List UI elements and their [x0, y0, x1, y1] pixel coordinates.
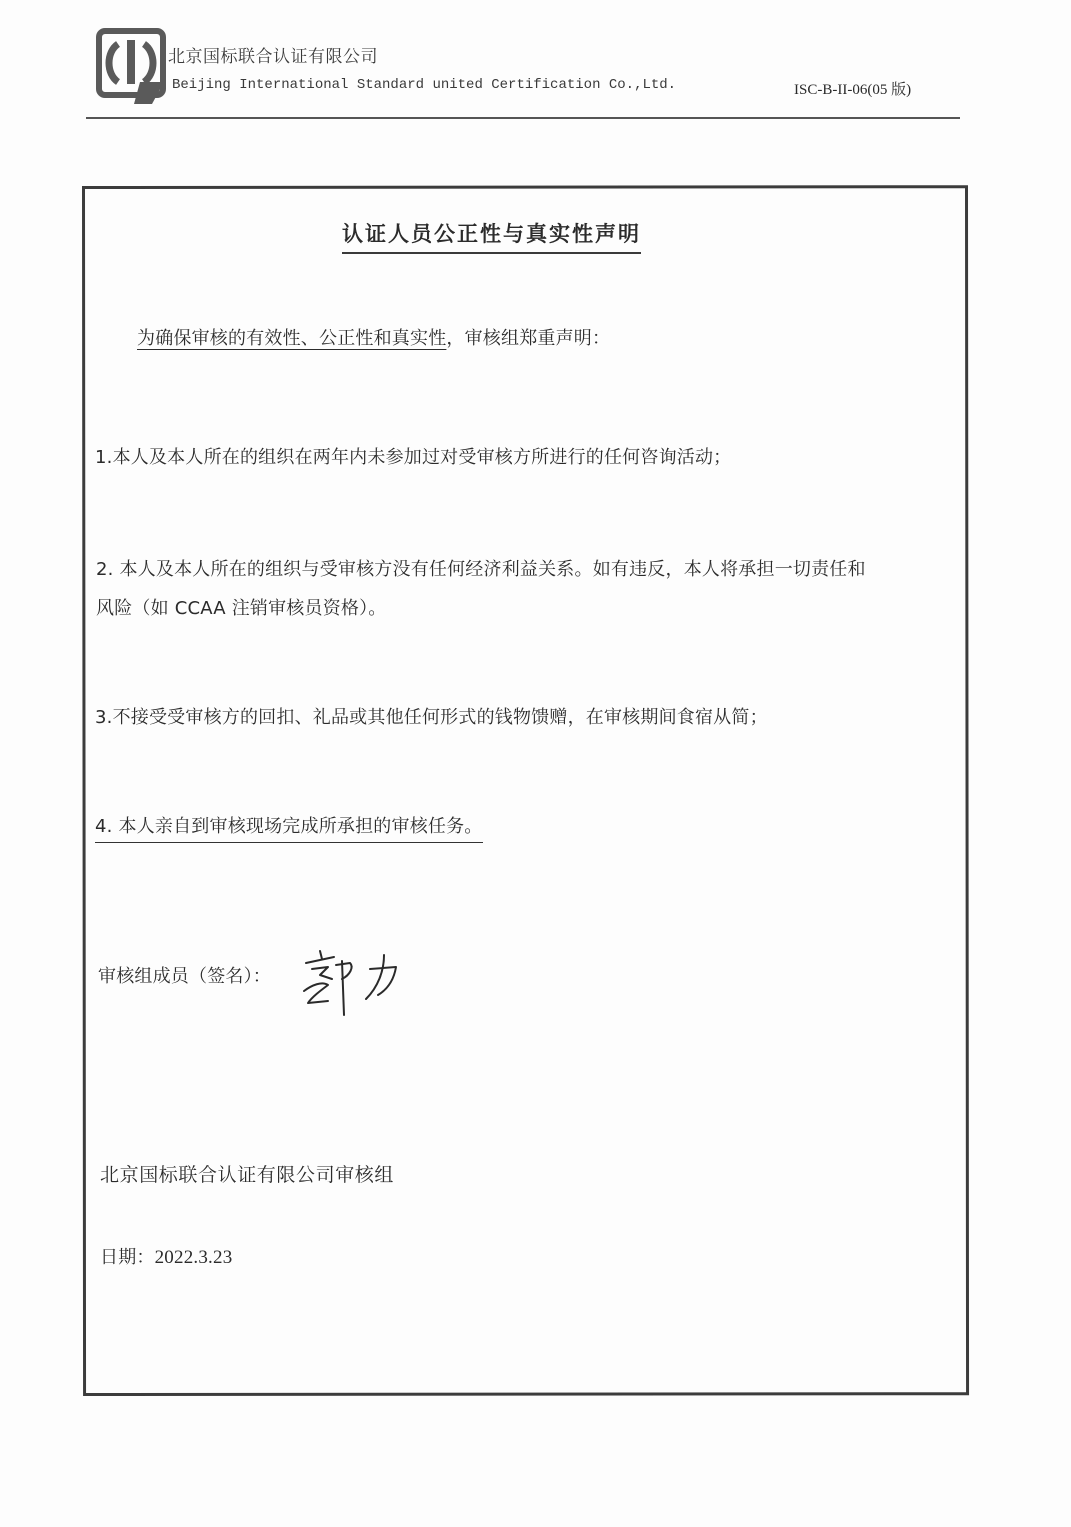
declaration-frame	[82, 185, 969, 1396]
intro-statement: 为确保审核的有效性、公正性和真实性，审核组郑重声明：	[137, 324, 610, 350]
declaration-item-1: 1.本人及本人所在的组织在两年内未参加过对受审核方所进行的任何咨询活动；	[95, 443, 731, 469]
declaration-item-2-line-1: 2. 本人及本人所在的组织与受审核方没有任何经济利益关系。如有违反，本人将承担一…	[96, 555, 866, 581]
document-title: 认证人员公正性与真实性声明	[342, 218, 641, 254]
company-name-cn: 北京国标联合认证有限公司	[168, 42, 378, 67]
form-code: ISC-B-II-06(05 版)	[794, 78, 911, 99]
header-divider	[86, 117, 960, 119]
declaration-item-2-line-2: 风险（如 CCAA 注销审核员资格）。	[96, 594, 387, 620]
letterhead: 北京国标联合认证有限公司 Beijing International Stand…	[0, 0, 1071, 130]
declaration-item-4: 4. 本人亲自到审核现场完成所承担的审核任务。	[95, 812, 483, 843]
date-line: 日期：2022.3.23	[100, 1243, 232, 1269]
date-label: 日期：	[100, 1247, 155, 1268]
date-value: 2022.3.23	[155, 1247, 233, 1268]
company-name-en: Beijing International Standard united Ce…	[172, 77, 676, 93]
audit-team-organization: 北京国标联合认证有限公司审核组	[100, 1160, 394, 1187]
intro-underlined: 为确保审核的有效性、公正性和真实性	[137, 328, 446, 349]
bisc-logo-icon	[96, 28, 166, 104]
declaration-item-3: 3.不接受受审核方的回扣、礼品或其他任何形式的钱物馈赠，在审核期间食宿从简；	[95, 703, 768, 729]
signature-label: 审核组成员（签名）：	[98, 962, 271, 988]
handwritten-signature-icon	[298, 945, 408, 1025]
intro-rest: ，审核组郑重声明：	[446, 328, 610, 349]
